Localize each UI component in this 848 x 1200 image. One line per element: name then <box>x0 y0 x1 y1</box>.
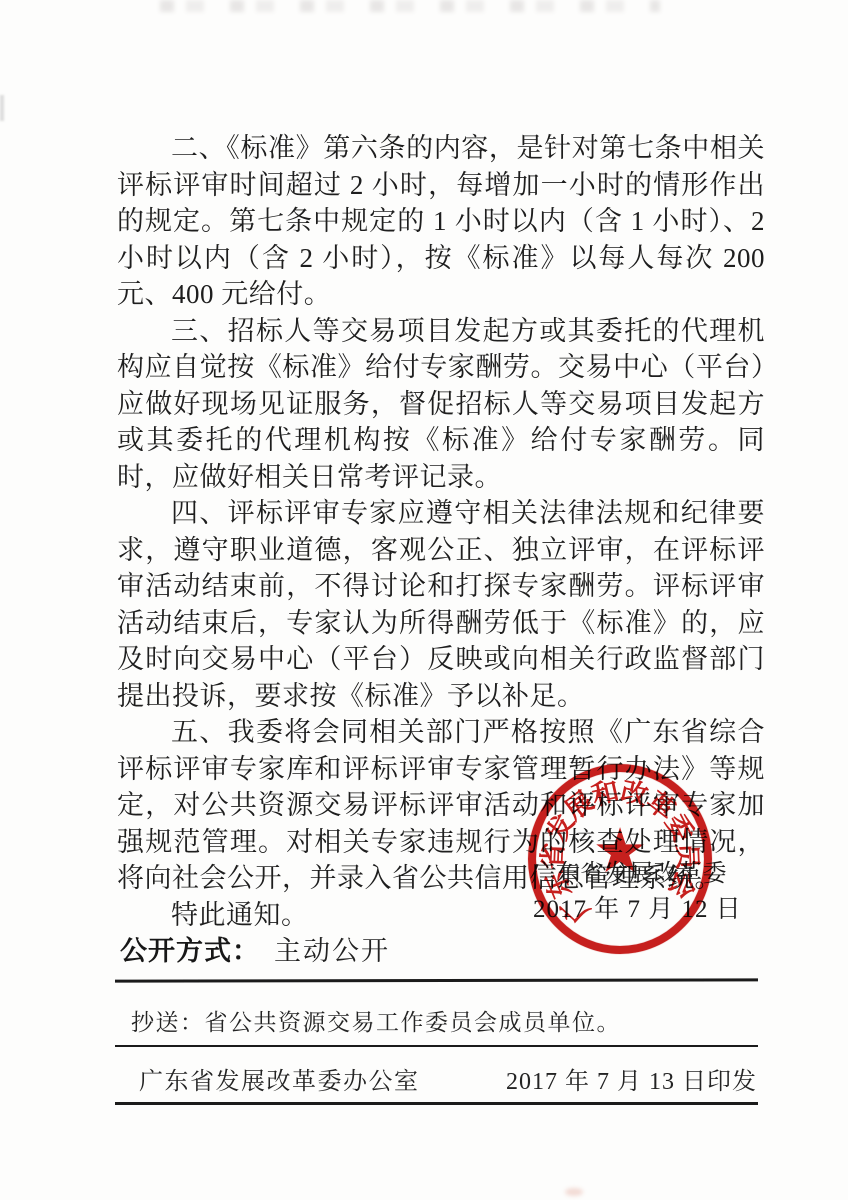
scan-bleed-artifact <box>160 0 660 12</box>
body-paragraph: 三、招标人等交易项目发起方或其委托的代理机构应自觉按《标准》给付专家酬劳。交易中… <box>117 313 765 496</box>
cc-line: 抄送：省公共资源交易工作委员会成员单位。 <box>131 1004 621 1037</box>
publicity-value: 主动公开 <box>274 936 390 966</box>
divider-line <box>115 978 758 982</box>
issuing-office: 广东省发展改革委办公室 <box>139 1061 420 1096</box>
scan-artifact-dot <box>565 1188 583 1196</box>
print-date: 2017 年 7 月 13 日印发 <box>506 1061 757 1096</box>
document-page: 二、《标准》第六条的内容，是针对第七条中相关评标评审时间超过 2 小时，每增加一… <box>0 0 848 1200</box>
scan-edge-artifact <box>0 95 4 121</box>
divider-line <box>115 1102 758 1105</box>
divider-line <box>115 1045 758 1047</box>
notice-body: 二、《标准》第六条的内容，是针对第七条中相关评标评审时间超过 2 小时，每增加一… <box>117 130 765 933</box>
publicity-label: 公开方式： <box>120 936 260 966</box>
body-paragraph: 二、《标准》第六条的内容，是针对第七条中相关评标评审时间超过 2 小时，每增加一… <box>117 130 765 313</box>
body-paragraph: 四、评标评审专家应遵守相关法律法规和纪律要求，遵守职业道德，客观公正、独立评审，… <box>117 495 765 714</box>
signature-agency: 广东省发展改革委 <box>531 853 727 888</box>
signature-date: 2017 年 7 月 12 日 <box>533 889 742 925</box>
publicity-line: 公开方式：主动公开 <box>120 929 390 968</box>
